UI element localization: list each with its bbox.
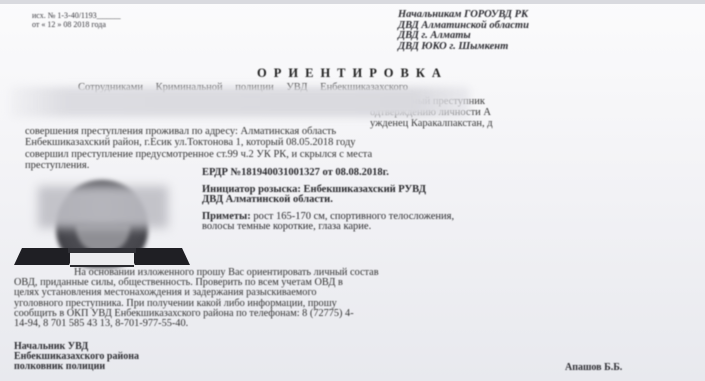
collar <box>68 248 136 253</box>
suspect-photo <box>18 170 186 265</box>
intro-paragraph: совершения преступления проживал по адре… <box>25 126 705 171</box>
page-edge <box>0 0 705 4</box>
request-line: 14-94, 8 701 585 43 13, 8-701-977-55-40. <box>14 319 704 329</box>
addressee-line: ДВД ЮКО г. Шымкент <box>398 42 529 53</box>
erdr-number: ЕРДР №181940031001327 от 08.08.2018г. <box>202 167 389 178</box>
document-page: исх. № 1-3-40/1193______ от « 12 » 08 20… <box>0 0 705 381</box>
intro-line: совершения преступления проживал по адре… <box>25 126 705 137</box>
position-line: полковник полиции <box>14 362 139 372</box>
request-paragraph: На основании изложенного прошу Вас ориен… <box>14 268 704 329</box>
case-details: ЕРДР №181940031001327 от 08.08.2018г. Ин… <box>202 168 702 239</box>
addressee-line: ДВД г. Алматы <box>398 31 529 42</box>
signer-name: Апашов Б.Б. <box>565 362 622 373</box>
reference-block: исх. № 1-3-40/1193______ от « 12 » 08 20… <box>32 11 121 29</box>
initiator-label: Инициатор розыска: <box>202 184 301 195</box>
signature-position: Начальник УВД Енбекшиказахского района п… <box>14 342 139 372</box>
addressee-block: Начальникам ГОРОУВД РК ДВД Алматинской о… <box>398 10 529 52</box>
addressee-line: Начальникам ГОРОУВД РК <box>398 10 529 21</box>
signs-value: рост 165-170 см, спортивного телосложени… <box>253 211 454 222</box>
document-title: ОРИЕНТИРОВКА <box>0 66 705 81</box>
reference-date: от « 12 » 08 2018 года <box>32 20 121 29</box>
intro-line: Енбекшиказахский район, г.Есик ул.Токтон… <box>25 137 705 148</box>
shirt <box>70 252 134 267</box>
signs-label: Приметы: <box>202 211 251 222</box>
initiator-value: Енбекшиказахский РУВД <box>304 184 426 195</box>
signs-line2: волосы темные короткие, глаза карие. <box>202 222 702 233</box>
initiator-line2: ДВД Алматинской области. <box>202 194 333 205</box>
reference-number: исх. № 1-3-40/1193______ <box>32 11 121 20</box>
shoulder-right <box>127 248 190 265</box>
face-redaction <box>38 186 168 228</box>
intro-line: совершил преступление предусмотренное ст… <box>25 149 705 160</box>
redaction-blur <box>10 87 470 117</box>
